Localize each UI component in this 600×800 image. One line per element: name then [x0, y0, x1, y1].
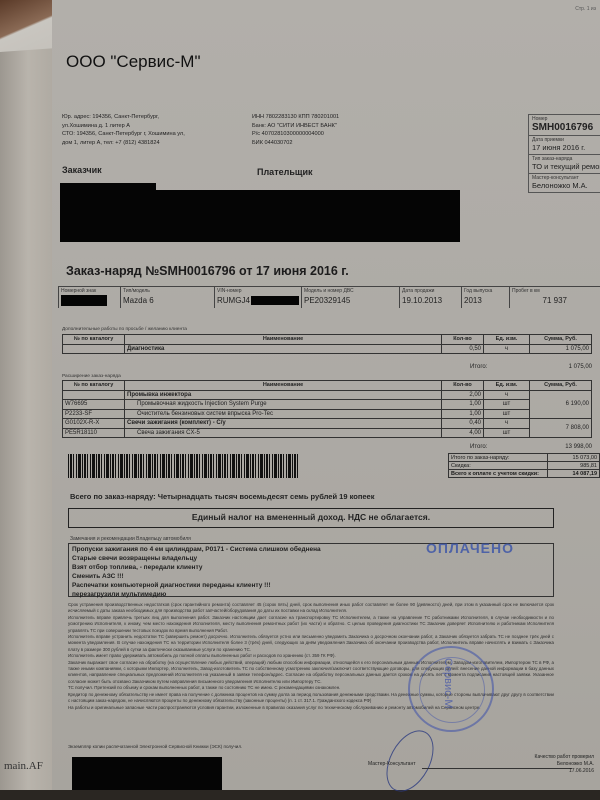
- additional-works-caption: Дополнительные работы по просьбе / желан…: [62, 327, 187, 332]
- acceptance-date: 17 июня 2016 г.: [532, 143, 600, 152]
- remarks-caption: Замечания и рекомендации Владельцу автом…: [70, 536, 191, 542]
- vehicle-vin: VIN-номер RUMGJ4: [214, 287, 301, 308]
- group-sum: 7 808,00: [530, 419, 592, 438]
- totals-row: Итого по заказ-наряду: 15 073,00: [449, 454, 600, 462]
- payer-label: Плательщик: [257, 167, 313, 177]
- background-paper-label: main.AF: [4, 760, 43, 772]
- page-number: Стр. 1 из: [575, 6, 596, 12]
- acceptance-date-cell: Дата приемки 17 июня 2016 г.: [529, 136, 600, 155]
- extension-total: 13 998,00: [532, 444, 592, 450]
- table-row: P2233-SFОчиститель бензиновых систем впр…: [63, 409, 592, 419]
- totals-table: Итого по заказ-наряду: 15 073,00 Скидка:…: [448, 453, 600, 478]
- company-seal: Сервис-М: [408, 646, 494, 732]
- additional-total: 1 075,00: [532, 364, 592, 370]
- vehicle-engine: Модель и номер ДВС PE20329145: [301, 287, 399, 308]
- totals-row: Скидка: 985,81: [449, 462, 600, 470]
- vehicle-plate: Номерной знак: [58, 287, 120, 308]
- seal-text: Сервис-М: [442, 658, 454, 709]
- redaction-block: [251, 296, 299, 305]
- order-type: ТО и текущий ремонт СМ, СПб: [532, 162, 600, 171]
- esk-notice: Экземпляр копии распечатанной Электронно…: [68, 744, 242, 749]
- additional-works-table: № по каталогу Наименование Кол-во Ед. из…: [62, 334, 592, 354]
- total-in-words: Всего по заказ-наряду: Четырнадцать тыся…: [70, 492, 374, 501]
- order-number-cell: Номер SMH0016796: [529, 114, 600, 136]
- totals-row: Всего к оплате с учетом скидки: 14 087,1…: [449, 470, 600, 478]
- company-address: Юр. адрес: 194356, Санкт-Петербург, ул.Х…: [62, 113, 242, 147]
- vehicle-sale-date: Дата продажи 19.10.2013: [399, 287, 461, 308]
- redaction-block: [60, 190, 460, 242]
- remark-line: Сменить АЗС !!!: [72, 572, 550, 581]
- remark-line: Распечатки компьютерной диагностики пере…: [72, 581, 550, 590]
- order-title: Заказ-наряд №SMH0016796 от 17 июня 2016 …: [66, 264, 349, 278]
- order-type-cell: Тип заказ-наряда ТО и текущий ремонт СМ,…: [529, 155, 600, 174]
- bank-details: ИНН 7802283130 КПП 780201001 Банк: АО "С…: [252, 113, 339, 147]
- extension-caption: Расширение заказ-наряда: [62, 374, 121, 379]
- table-row: G0102X-R-XСвечи зажигания (комплект) - С…: [63, 419, 592, 429]
- remark-line: перезагрузили мультимедию: [72, 590, 550, 599]
- remark-line: Взят отбор топлива, - передали клиенту: [72, 563, 550, 572]
- consultant-cell: Мастер-консультант Белоножко М.А.: [529, 174, 600, 193]
- order-info-box: Номер SMH0016796 Дата приемки 17 июня 20…: [528, 114, 600, 193]
- customer-label: Заказчик: [62, 165, 102, 175]
- company-name: ООО "Сервис-М": [66, 52, 201, 72]
- vehicle-year: Год выпуска 2013: [461, 287, 509, 308]
- extension-table: № по каталогу Наименование Кол-во Ед. из…: [62, 380, 592, 438]
- extension-total-label: Итого:: [470, 444, 487, 450]
- consultant-name: Белоножко М.А.: [532, 181, 600, 190]
- vehicle-info: Номерной знак Тип/модель Mazda 6 VIN-ном…: [58, 286, 600, 308]
- group-sum: 6 190,00: [530, 390, 592, 419]
- vehicle-mileage: Пробег в км 71 937: [509, 287, 569, 308]
- redaction-block: [61, 295, 107, 306]
- order-number: SMH0016796: [532, 122, 600, 133]
- tax-notice: Единый налог на вмененный доход. НДС не …: [68, 508, 554, 528]
- master-consultant-label: Мастер-Консультант: [368, 761, 416, 767]
- table-row: PE5R18110Свеча зажигания CX-54,00шт: [63, 428, 592, 438]
- barcode: [68, 454, 298, 478]
- table-row: W76695Промывочная жидкость Injection Sys…: [63, 400, 592, 410]
- additional-total-label: Итого:: [470, 364, 487, 370]
- table-row: Диагностика0,50ч1 075,00: [63, 344, 592, 354]
- table-row: Промывка инжектора2,00ч6 190,00: [63, 390, 592, 400]
- paid-stamp: ОПЛАЧЕНО: [426, 540, 514, 556]
- vehicle-model: Тип/модель Mazda 6: [120, 287, 214, 308]
- work-order-document: Стр. 1 из ООО "Сервис-М" Юр. адрес: 1943…: [52, 0, 600, 790]
- redaction-block: [72, 757, 222, 790]
- quality-check: Качество работ проверил Белоножко М.А. 1…: [535, 754, 594, 775]
